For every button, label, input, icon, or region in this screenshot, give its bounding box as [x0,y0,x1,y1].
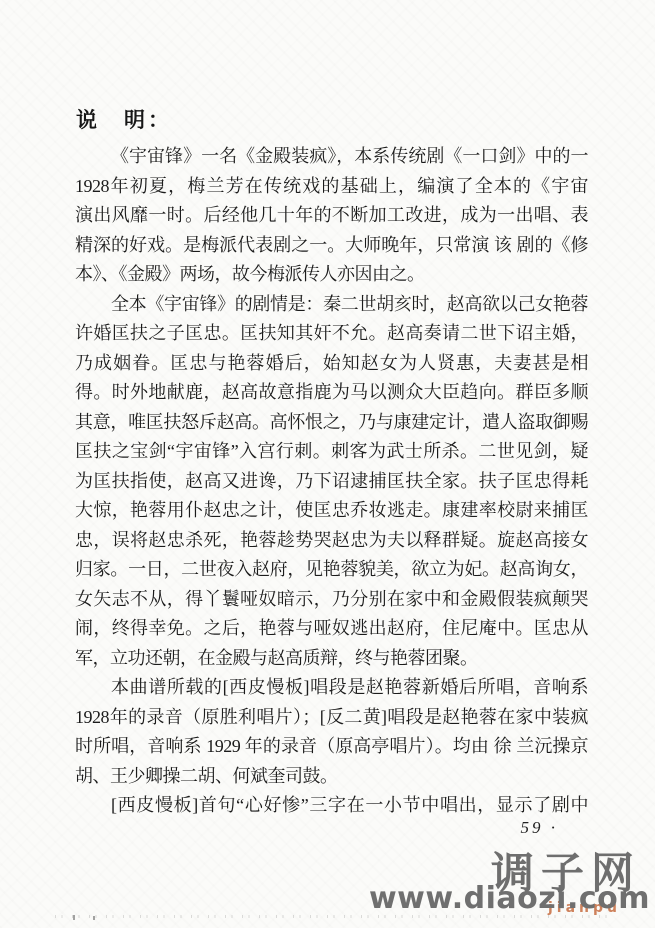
text-line: 1928年的录音（原胜利唱片）；[反二黄]唱段是赵艳蓉在家中装疯 [75,703,588,733]
text-line: 全本《宇宙锋》的剧情是：秦二世胡亥时，赵高欲以己女艳蓉 [75,290,588,320]
text-line: 为匡扶指使，赵高又进谗，乃下诏逮捕匡扶全家。扶子匡忠得耗 [75,467,588,497]
text-line: 归家。一日，二世夜入赵府，见艳蓉貌美，欲立为妃。赵高询女， [75,555,588,585]
watermark: 调子网 jianpu www.diaozi.com [395,838,655,928]
section-heading: 说 明： [76,104,172,134]
text-line: 演出风靡一时。后经他几十年的不断加工改进，成为一出唱、表 [75,201,588,231]
scan-speck [93,916,95,920]
text-line: 许婚匡扶之子匡忠。匡扶知其奸不允。赵高奏请二世下诏主婚， [75,319,588,349]
text-line: 闹，终得幸免。之后，艳蓉与哑奴逃出赵府，住尼庵中。匡忠从 [75,614,588,644]
text-line: 大惊，艳蓉用仆赵忠之计，使匡忠乔妆逃走。康建率校尉来捕匡 [75,496,588,526]
text-line: 得。时外地献鹿，赵高故意指鹿为马以测众大臣趋向。群臣多顺 [75,378,588,408]
text-line: 本曲谱所载的[西皮慢板]唱段是赵艳蓉新婚后所唱，音响系 [75,673,588,703]
text-line: 其意，唯匡扶怒斥赵高。高怀恨之，乃与康建定计，遣人盗取御赐 [75,408,588,438]
text-line: [西皮慢板]首句“心好惨”三字在一小节中唱出，显示了剧中 [75,791,588,821]
text-line: 胡、王少卿操二胡、何斌奎司鼓。 [75,762,588,792]
text-line: 匡扶之宝剑“宇宙锋”入宫行刺。刺客为武士所杀。二世见剑，疑 [75,437,588,467]
text-line: 时所唱，音响系 1929 年的录音（原高亭唱片）。均由 徐 兰沅操京 [75,732,588,762]
book-page: 说 明： 《宇宙锋》一名《金殿装疯》，本系传统剧《一口剑》中的一折。1928年初… [0,0,655,928]
text-line: 精深的好戏。是梅派代表剧之一。大师晚年，只常演 该 剧的《修 [75,231,588,261]
text-line: 忠，误将赵忠杀死，艳蓉趁势哭赵忠为夫以释群疑。旋赵高接女 [75,526,588,556]
text-line: 女矢志不从，得丫鬟哑奴暗示，乃分别在家中和金殿假装疯颠哭 [75,585,588,615]
scan-speck [73,915,75,920]
text-line: 1928年初夏，梅兰芳在传统戏的基础上，编演了全本的《宇宙锋》， [75,172,588,202]
text-line: 《宇宙锋》一名《金殿装疯》，本系传统剧《一口剑》中的一折。 [75,142,588,172]
text-line: 军，立功还朝，在金殿与赵高质辩，终与艳蓉团聚。 [75,644,588,674]
watermark-site-url: www.diaozi.com [369,881,650,916]
body-text: 《宇宙锋》一名《金殿装疯》，本系传统剧《一口剑》中的一折。1928年初夏，梅兰芳… [75,142,588,821]
text-line: 乃成姻眷。匡忠与艳蓉婚后，始知赵女为人贤惠，夫妻甚是相 [75,349,588,379]
text-line: 本》、《金殿》两场，故今梅派传人亦因由之。 [75,260,588,290]
page-number: 59 · [521,818,559,838]
